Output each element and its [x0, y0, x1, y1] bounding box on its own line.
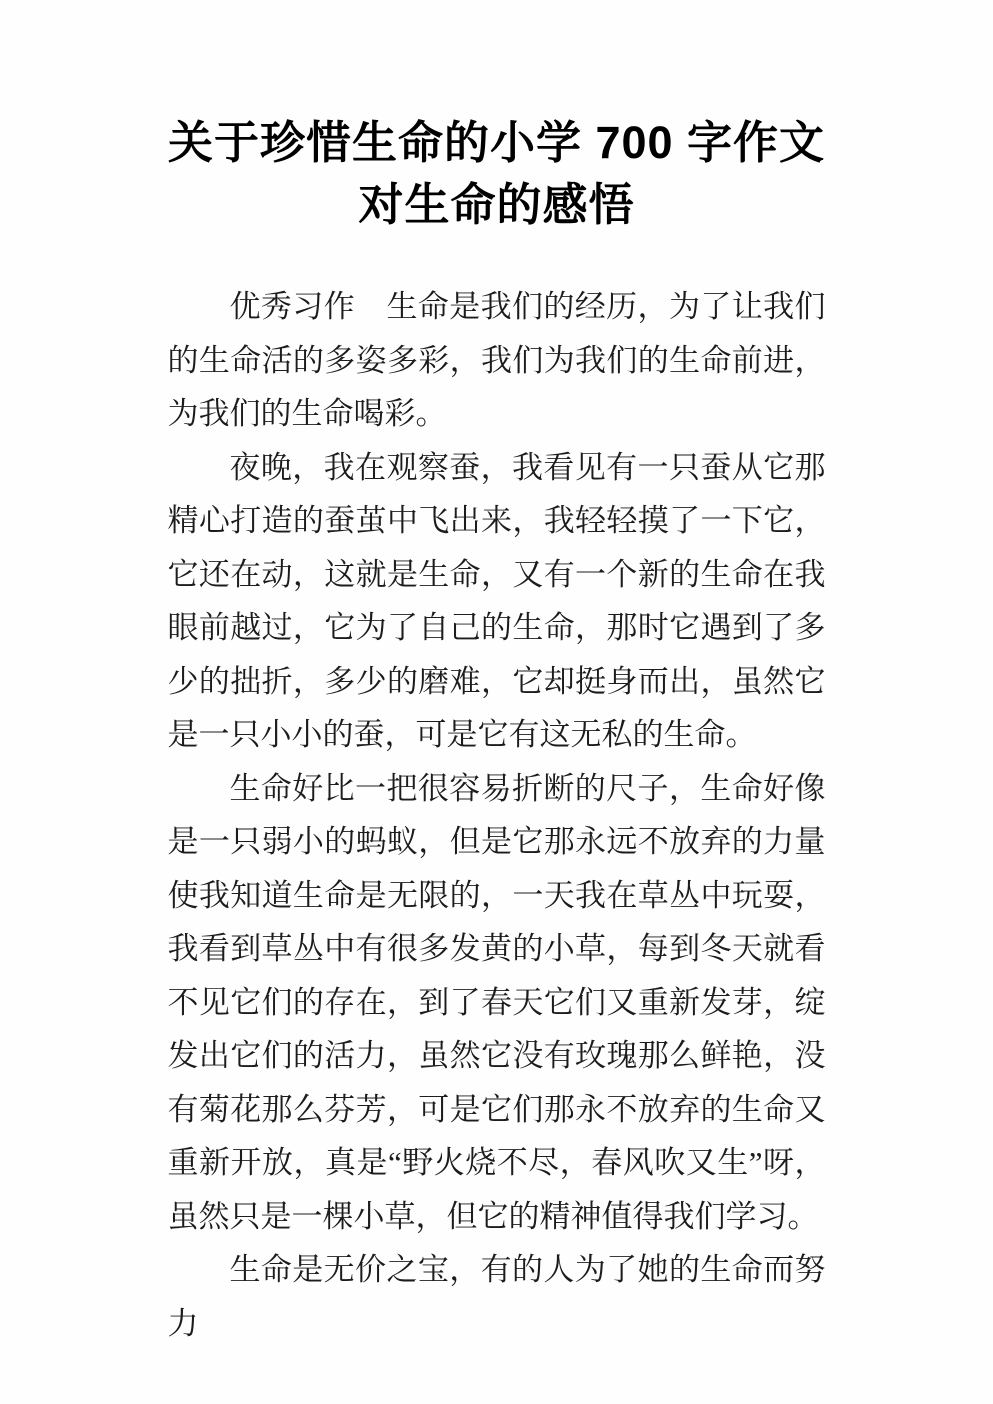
essay-paragraph-intro: 优秀习作 生命是我们的经历，为了让我们的生命活的多姿多彩，我们为我们的生命前进，…	[168, 280, 826, 441]
essay-title: 关于珍惜生命的小学 700 字作文 对生命的感悟	[150, 112, 843, 236]
document-page: 关于珍惜生命的小学 700 字作文 对生命的感悟 优秀习作 生命是我们的经历，为…	[0, 0, 993, 1404]
essay-paragraph-closing: 生命是无价之宝，有的人为了她的生命而努力	[168, 1243, 826, 1350]
essay-paragraph-silkworm: 夜晚，我在观察蚕，我看见有一只蚕从它那精心打造的蚕茧中飞出来，我轻轻摸了一下它，…	[168, 441, 826, 762]
essay-body: 优秀习作 生命是我们的经历，为了让我们的生命活的多姿多彩，我们为我们的生命前进，…	[168, 280, 826, 1350]
essay-paragraph-grass: 生命好比一把很容易折断的尺子，生命好像是一只弱小的蚂蚁，但是它那永远不放弃的力量…	[168, 762, 826, 1244]
